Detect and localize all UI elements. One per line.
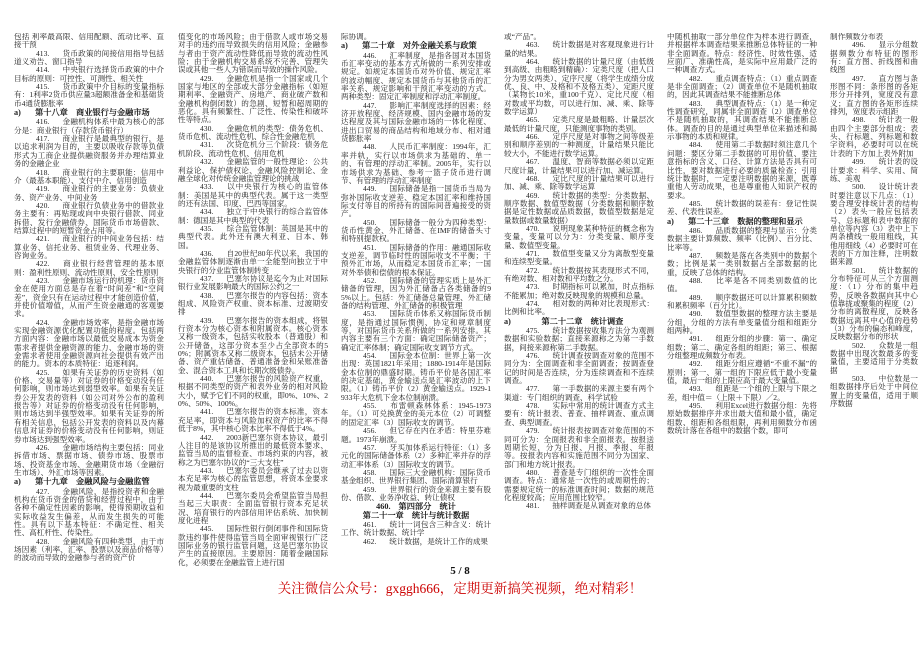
heading-prefix: a) [667, 218, 674, 226]
study-note-item: 491.组距分组的步骤：第一、确定组数；第二、确定各组的组距；第三、根据分组整理… [667, 335, 817, 360]
item-number: 420. [36, 201, 62, 210]
item-number: 469. [526, 191, 552, 200]
continued-text: 包括 利率最高限、信用配额、流动比率、直接干预 [14, 33, 164, 50]
chapter-heading: a)第二十章 对外金融关系与政策 [341, 42, 491, 50]
item-number: 483. [689, 99, 715, 108]
study-note-item: 441.巴塞尔报告的资本标准，资本充足率，即资本与风险加权资产的比率不得低于8%… [178, 408, 328, 433]
item-number: 477. [526, 384, 552, 393]
item-number: 491. [689, 334, 715, 343]
chapter-heading: 第二十一章 统计与统计数据 [341, 512, 491, 520]
study-note-item: 469.统计数据的类型：分类数据、顺序数据、数值型数据（分类数据和顺序数据是定性… [504, 192, 654, 225]
item-number: 457. [363, 443, 389, 452]
study-note-item: 501.统计数据的分布特征可从三个方面测度：（1）分布的集中趋势，反映各数据向其… [830, 267, 918, 342]
item-number: 479. [526, 426, 552, 435]
study-note-item: 432.金融监管的一般性理论：公共利益论、保护债权论、金融风险控制论、金融全球化… [178, 158, 328, 183]
study-note-item: 496.显示分组数据频数分布特征的图形有：直方图、折线图和曲线图 [830, 41, 918, 74]
study-note-item: 414.中央银行选择货币政策的中介目标的原则：可控性、可测性、相关性 [14, 66, 164, 83]
item-number: 437. [200, 274, 226, 283]
item-number: 413. [36, 49, 62, 58]
item-number: 446. [363, 51, 389, 60]
study-note-item: 467.温度、智商等数据必须以定距尺度计量，计量结果可以进行加、减运算。 [504, 158, 654, 175]
item-number: 475. [526, 326, 552, 335]
item-number: 473. [526, 282, 552, 291]
study-note-item: 502.众数是一组数据中出现次数最多的变量值，主要适用于分类数据 [830, 342, 918, 375]
item-number: 442. [200, 433, 226, 442]
study-note-item: 492.组距分组应遵循“不重不漏”的原则；第一、第一组的下限应低于最小变量值，最… [667, 360, 817, 385]
study-note-item: 430.金融危机的类型：债务危机、货币危机、流动性危机、综合性金融危机 [178, 125, 328, 142]
study-note-item: 423.金融市场运行的机理：货币资金在使用方面总是存在着“时间差”和“空间差”，… [14, 277, 164, 319]
item-number: 432. [200, 157, 226, 166]
chapter-heading: a)第二十二章 统计调查 [504, 318, 654, 326]
item-number: 427. [36, 487, 62, 496]
item-number: 450. [363, 218, 389, 227]
study-note-item: 485.统计数据的误差有：登记性误差、代表性误差。 [667, 200, 817, 217]
study-note-item: 495.利用Excel进行数据分组：先将原始数据排序并求出最大值和最小值，确定组… [667, 402, 817, 435]
study-note-item: 479.统计报表按调查对象范围的不同可分为：全面报表和非全面报表。按报送周期长短… [504, 427, 654, 469]
study-note-item: 437.巴塞尔协议是迄今为止对国际银行业发展影响最大的国际公约之一 [178, 275, 328, 292]
study-note-item: 483.典型调查特点：（1）是一种定性调查研究，同属非全面调查（2）调查单位不是… [667, 100, 817, 142]
study-note-item: 498.统计表一般由四个主要部分组成：表头、行标题、列标题和数字资料，必要时可以… [830, 116, 918, 158]
item-number: 415. [36, 82, 62, 91]
item-number: 451. [363, 243, 389, 252]
study-note-item: 450.国际储备一般分为四种类型：货币性黄金、外汇储备、在IMF的储备头寸和特别… [341, 219, 491, 244]
item-number: 498. [852, 115, 878, 124]
item-number: 503. [852, 374, 878, 383]
item-number: 439. [200, 316, 226, 325]
item-number: 458. [363, 468, 389, 477]
study-note-item: 427.金融风险，是指投资者和金融机构在货币资金的借贷和经营过程中，由于各种不确… [14, 488, 164, 538]
study-note-item: 420.商业银行负债业务中的借款业务主要有：再贴现或向中央银行借款、同业拆借、发… [14, 202, 164, 235]
item-number: 495. [689, 401, 715, 410]
item-number: 468. [526, 174, 552, 183]
item-number: 466. [526, 132, 552, 141]
study-note-item: 426.金融市场结构主要包括：同业拆借市场、票据市场、债券市场、股票市场、投资基… [14, 444, 164, 477]
heading-prefix: a) [504, 318, 511, 326]
continued-text: 值变化的市场风险；由于借款人或市场交易对手的违约而导致损失的信用风险；金融参与者… [178, 33, 328, 75]
study-note-item: 456.但它存在内在矛盾：特里芬难题。1973年崩溃。 [341, 427, 491, 444]
item-number: 440. [200, 374, 226, 383]
study-note-item: 497.直方图与条形图不同：条形图的各矩形分开排列，宽度没有意义；直方图的各矩形… [830, 75, 918, 117]
item-number: 454. [363, 351, 389, 360]
study-note-item: 413.货币政策的间接信用指导包括道义劝告、窗口指导 [14, 50, 164, 67]
study-note-item: 474.相对数的两种对比表现形式：比例和比率。 [504, 300, 654, 317]
item-number: 453. [363, 309, 389, 318]
item-number: 501. [852, 266, 878, 275]
heading-title: 第二十二章 统计调查 [511, 318, 654, 326]
study-note-item: 464.统计数据的计量尺度（由低级到高级、由粗略到精确）：定类尺度（把人口分为男… [504, 58, 654, 116]
item-number: 424. [36, 318, 62, 327]
study-note-item: 416.金融机构体系中最为核心的部分是：商业银行（存款货币银行） [14, 118, 164, 135]
text-column-1: 包括 利率最高限、信用配额、流动比率、直接干预413.货币政策的间接信用指导包括… [14, 33, 164, 567]
item-number: 460. [376, 502, 398, 511]
item-number: 470. [526, 224, 552, 233]
item-number: 445. [200, 524, 226, 533]
study-note-item: 442.2003新巴塞尔资本协议，最引人注目的是该协议所推出的最低资本要求、监管… [178, 434, 328, 467]
study-note-item: 454.国际金本位制：世界上第一次出现：英国1821年采用；1880-1914年… [341, 352, 491, 402]
study-note-item: 461.统计一词包含三种含义：统计工作、统计数据、统计学 [341, 521, 491, 538]
study-note-item: 449.国际储备是指一国货币当局为弥补国际收支逆差、稳定本国汇率和维持国际支付等… [341, 185, 491, 218]
item-number: 465. [526, 115, 552, 124]
item-number: 430. [200, 124, 226, 133]
item-number: 497. [852, 74, 878, 83]
item-number: 428. [36, 537, 62, 546]
item-number: 423. [36, 276, 62, 285]
study-note-item: 487.频数是落在各类别中的数据个数；比例是某一类别数据占全部数据的比重，反映了… [667, 252, 817, 277]
study-note-item: 436.自20世纪80年代以来，我国的金融监管体制逐渐由单一全能型向独立于中央银… [178, 250, 328, 275]
study-note-item: 433.以中央银行为核心的监管体制：美国是其中的典型代表。属于这一类型的还有法国… [178, 183, 328, 208]
item-number: 421. [36, 234, 62, 243]
item-number: 500. [852, 182, 878, 191]
text-column-3: 际协调。a)第二十章 对外金融关系与政策446.汇率制度，是指各国对本国货币汇率… [341, 33, 491, 567]
study-note-item: 466.定序尺度是对事物之间等级差别和顺序差别的一种测度，计量结果只能比较大小，… [504, 133, 654, 158]
study-note-item: 422.商业银行经营管理的基本原则：盈利性原则、流动性原则、安全性原则 [14, 260, 164, 277]
text-column-5: 中随机抽取一部分单位作为样本进行调查，并根据样本调查结果来推断总体特征的一种非全… [667, 33, 817, 567]
study-note-item: 493.组距是一个组的上限与下限之差，组中值＝（上限＋下限）／2。 [667, 385, 817, 402]
item-number: 459. [363, 485, 389, 494]
study-note-item: 415.货币政策中介目标的变量指标有：1利率2货币供应量3超额准备金和基础货币4… [14, 83, 164, 108]
item-number: 493. [689, 384, 715, 393]
heading-title: 第十九章 金融风险与金融监管 [21, 478, 164, 486]
study-note-item: 458.国际三大金融机构：国际货币基金组织、世界银行集团、国际清算银行 [341, 469, 491, 486]
item-number: 464. [526, 57, 552, 66]
item-number: 438. [200, 291, 226, 300]
study-note-item: 462.统计数据，是统计工作的成果 [341, 538, 491, 546]
item-number: 496. [852, 40, 878, 49]
study-note-item: 445.国际性银行倒闭事件和国际贷款违约事件使得监管当局全面审视银行广泛国际业务… [178, 525, 328, 567]
study-note-item: 463.统计数据是对客观现象进行计量的结果。 [504, 41, 654, 58]
item-number: 463. [526, 40, 552, 49]
chapter-heading: a)第十九章 金融风险与金融监管 [14, 478, 164, 486]
item-number: 414. [36, 65, 62, 74]
study-note-item: 482.重点调查特点：（1）重点调查是非全面调查；（2）调查单位不是随机抽取的，… [667, 75, 817, 100]
study-note-item: 434.独立于中央银行的综合监管体制：德国是其中典型的代表 [178, 208, 328, 225]
item-number: 467. [526, 157, 552, 166]
study-note-item: 468.定比尺度的计量结果可以进行加、减、乘、除等数学运算 [504, 175, 654, 192]
study-note-item: 451.国际储备的作用：融通国际收支逆差，调节临时性的国际收支不平衡；干预外汇市… [341, 244, 491, 277]
study-note-item: 431.次贷危机分三个阶段：债务危机阶段、流动性危机、信用危机 [178, 141, 328, 158]
item-number: 499. [852, 157, 878, 166]
text-column-2: 值变化的市场风险；由于借款人或市场交易对手的违约而导致损失的信用风险；金融参与者… [178, 33, 328, 567]
item-number: 480. [526, 468, 552, 477]
chapter-heading: a)第二十三章 数据的整理和显示 [667, 218, 817, 226]
item-number: 429. [200, 74, 226, 83]
item-number: 425. [36, 368, 62, 377]
study-note-item: 457.牙买加体系运行特征：（1）多元化的国际储备体系（2）多种汇率并存的浮动汇… [341, 444, 491, 469]
study-note-item: 484.使用第二手数据时须注意几个问题：要区分第二手数据的可用价值、要注意指标的… [667, 141, 817, 199]
item-number: 436. [200, 249, 226, 258]
study-note-item: 488.比率是各不同类别数值的比值。 [667, 277, 817, 294]
study-note-item: 453.国际货币体系又称国际货币制度，是指通过国际惯例、协定和规章制度等，对国际… [341, 310, 491, 352]
item-number: 474. [526, 299, 552, 308]
heading-prefix: a) [14, 478, 21, 486]
study-note-item: 425.如果有关证券的历史资料（如价格、交易量等）对证券的价格变动没有任何影响，… [14, 369, 164, 444]
study-note-item: 452.国际储备的管理实质上是外汇储备的管理，因为外汇储备占各类储备的95%以上… [341, 277, 491, 310]
item-number: 433. [200, 182, 226, 191]
item-number: 456. [363, 426, 389, 435]
item-number: 486. [689, 226, 715, 235]
study-note-item: 435.综合监管体制：英国是其中的典型代表。此外还有澳大利亚、日本、韩国。 [178, 225, 328, 250]
text-column-4: 或“产品”。463.统计数据是对客观现象进行计量的结果。464.统计数据的计量尺… [504, 33, 654, 567]
study-note-item: 440.巴塞尔报告的风险资产权重，根据不同类型的资产和表外业务的相对风险大小，赋… [178, 375, 328, 408]
item-number: 443. [200, 466, 226, 475]
study-note-item: 486.品质数据的整理与显示：分类数据主要计算频数、频率（比例）、百分比、比率等… [667, 227, 817, 252]
study-note-item: 421.商业银行的中间业务包括：结算业务、信托业务、租赁业务、代理业务、咨询业务… [14, 235, 164, 260]
study-note-item: 471.数值型变量又分为离散型变量和连续型变量。 [504, 250, 654, 267]
item-number: 502. [852, 341, 878, 350]
study-note-item: 428.金融风险有四种类型，由于市场因素（利率、汇率、股票以及商品价格等）的波动… [14, 538, 164, 563]
item-number: 431. [200, 140, 226, 149]
item-number: 490. [689, 309, 715, 318]
item-number: 481. [526, 501, 552, 510]
item-number: 447. [363, 101, 389, 110]
item-number: 492. [689, 359, 715, 368]
continued-text: 中随机抽取一部分单位作为样本进行调查，并根据样本调查结果来推断总体特征的一种非全… [667, 33, 817, 75]
text-column-6: 制作频数分布表496.显示分组数据频数分布特征的图形有：直方图、折线图和曲线图4… [830, 33, 918, 567]
page-number: 5 / 8 [0, 565, 920, 577]
item-number: 452. [363, 276, 389, 285]
item-number: 455. [363, 401, 389, 410]
study-note-item: 444.巴塞尔委员会希望监管当局担当起三大职责：全面监管银行资本充足状况、培育银… [178, 492, 328, 525]
item-number: 461. [363, 520, 389, 529]
item-number: 472. [526, 266, 552, 275]
study-note-item: 418.商业银行的主要职能：信用中介（最基本职能）、支付中介、信用创造 [14, 169, 164, 186]
study-note-item: 475.统计数据按收集方法分为观测数据和实验数据；直接来源称之为第一手数据，间接… [504, 327, 654, 352]
study-note-item: 470.说明现象某种特征的概念称为变量，变量可以分为：分类变量、顺序变量、数值型… [504, 225, 654, 250]
item-number: 489. [689, 293, 715, 302]
item-number: 478. [526, 401, 552, 410]
study-note-item: 417.商业银行是最典型的银行，是以追求利润为目的，主要以吸收存款等负债形式为工… [14, 135, 164, 168]
item-number: 482. [689, 74, 715, 83]
study-note-item: 459.世界银行的资金来源主要有股份、借款、业务净收益、转让债权 [341, 486, 491, 503]
heading-prefix: a) [341, 42, 348, 50]
study-note-item: 419.商业银行的主要业务：负债业务、资产业务、中间业务 [14, 185, 164, 202]
heading-title: 第二十章 对外金融关系与政策 [348, 42, 491, 50]
item-number: 441. [200, 407, 226, 416]
item-number: 488. [689, 276, 715, 285]
study-note-item: 490.数值型数据的整理方法主要是分组，分组的方法有单变量值分组和组距分组两种。 [667, 310, 817, 335]
item-number: 448. [363, 142, 389, 151]
item-number: 434. [200, 207, 226, 216]
study-note-item: 478.实际中常用的统计调查方式主要有：统计报表、普查、抽样调查、重点调查、典型… [504, 402, 654, 427]
study-note-item: 446.汇率制度，是指各国对本国货币汇率变动的基本方式所做的一系列安排或规定。如… [341, 52, 491, 102]
item-number: 485. [689, 199, 715, 208]
study-note-item: 447.影响汇率制度选择的因素：经济开放程度、经济规模、国内金融市场的发达程度及… [341, 102, 491, 144]
item-number: 471. [526, 249, 552, 258]
study-note-item: 500.设计统计表时要注意以下几点：（1）要合理安排统计表的结构（2）表头一般应… [830, 183, 918, 266]
study-note-item: 481.抽样调查是从调查对象的总体 [504, 502, 654, 510]
study-note-item: 480.普查是专门组织的一次性全面调查。特点：通常是一次性的或周期性的；需要规定… [504, 469, 654, 502]
item-number: 435. [200, 224, 226, 233]
study-note-item: 472.统计数据按其表现形式不同，有绝对数、相对数和平均数之分。 [504, 267, 654, 284]
study-note-item: 424.金融市场效率，是指金融市场实现金融资源优化配置功能的程度。包括两方面内容… [14, 319, 164, 369]
item-number: 426. [36, 443, 62, 452]
item-number: 462. [363, 537, 389, 546]
wechat-footer-notice: 关注微信公众号：gxggh666，定期更新搞笑视频，绝对精彩！ [0, 577, 920, 597]
item-number: 419. [36, 184, 62, 193]
study-note-item: 477.第一手数据的来源主要有两个渠道：专门组织的调查、科学试验 [504, 385, 654, 402]
item-number: 484. [689, 140, 715, 149]
item-number: 417. [36, 134, 62, 143]
document-page: 包括 利率最高限、信用配额、流动比率、直接干预413.货币政策的间接信用指导包括… [0, 0, 920, 651]
study-note-item: 448.人民币汇率制度：1994年，汇率并轨，实行以市场供求为基础的、单一的、有… [341, 143, 491, 185]
heading-prefix: a) [14, 109, 21, 117]
study-note-item: 443.巴塞尔委员会继承了过去以资本充足率为核心的监管思想，将资本金要求视为最重… [178, 467, 328, 492]
item-number: 416. [36, 117, 62, 126]
item-number: 487. [689, 251, 715, 260]
study-note-item: 476.统计调查按调查对象的范围不同分为：全面调查和非全面调查；按调查登记的时间… [504, 352, 654, 385]
study-note-item: 438.巴塞尔报告的内容包括：资本组成、风险资产权重、资本标准、过渡期安排 [178, 292, 328, 317]
study-note-item: 429.金融危机是指一个国家或几个国家与地区的全部或大部分金融指标（如短期利率、… [178, 75, 328, 125]
study-note-item: 503.中位数是一组数据排序后处于中间位置上的变量值，适用于顺序数据 [830, 375, 918, 408]
study-note-item: 439.巴塞尔报告的资本组成，将银行资本分为核心资本和附属资本。核心资本又称一级… [178, 317, 328, 375]
heading-title: 第二十三章 数据的整理和显示 [674, 218, 817, 226]
item-number: 422. [36, 259, 62, 268]
study-note-item: 455.布雷顿森林体系：1945-1973年。（1）可兑换黄金的美元本位（2）可… [341, 402, 491, 427]
study-note-item: 489.顺序数据还可以计算累积频数和累积频率（百分比）。 [667, 294, 817, 311]
study-note-item: 499.统计表的设计要求：科学、实用、简练、美观 [830, 158, 918, 183]
item-number: 476. [526, 351, 552, 360]
item-number: 444. [200, 491, 226, 500]
study-note-item: 465.定类尺度是最粗略、计量层次最低的计量尺度，只能测度事物的类别。 [504, 116, 654, 133]
item-number: 449. [363, 184, 389, 193]
study-note-item: 473.时期指标可以累加，时点指标不能累加；绝对数反映现象的规模和总量。 [504, 283, 654, 300]
item-number: 418. [36, 168, 62, 177]
